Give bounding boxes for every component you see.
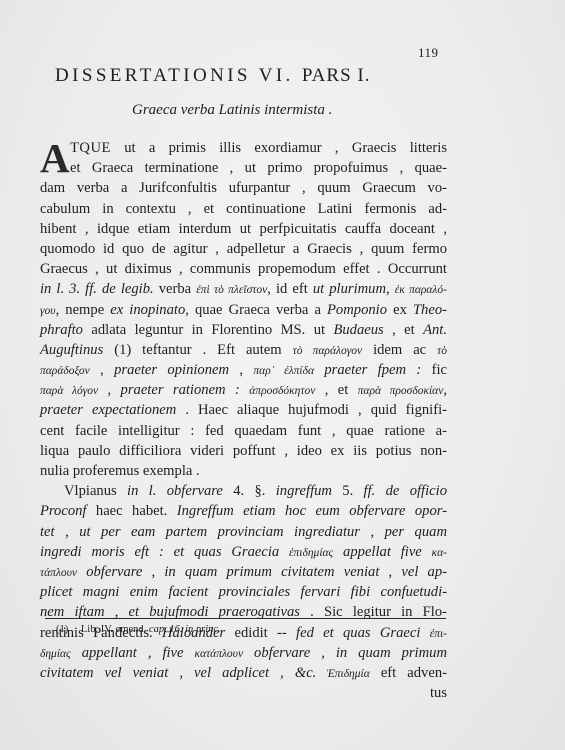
text-line: plicet magni enim facient provinciales f… xyxy=(40,582,447,602)
text-line: Graecus , ut diximus , communis propemod… xyxy=(40,259,447,279)
running-head-main: DISSERTATIONIS VI. xyxy=(55,65,294,86)
text-line: παράδοξον , praeter opinionem , παρ᾽ ἐλπ… xyxy=(40,360,447,380)
text-line: cent facile intelligitur : fed quaedam f… xyxy=(40,421,447,441)
footnote-marker: (1) xyxy=(56,624,68,635)
text-line: nem iftam , et bujufmodi praerogativas .… xyxy=(40,602,447,622)
text-line: τάπλουν obfervare , in quam primum civit… xyxy=(40,562,447,582)
book-page: 119 DISSERTATIONIS VI. PARS I. Graeca ve… xyxy=(0,0,565,750)
text-line: in l. 3. ff. de legib. verba ἐπὶ τὸ πλεῖ… xyxy=(40,279,447,299)
text-line: nulia proferemus exempla . xyxy=(40,461,447,481)
text-line: cabulum in contextu , et continuatione L… xyxy=(40,199,447,219)
text-line: Auguftinus (1) teftantur . Eft autem τὸ … xyxy=(40,340,447,360)
text-line: γου, nempe ex inopinato, quae Graeca ver… xyxy=(40,300,447,320)
text-line: liqua paulo difficiliora videri poffunt … xyxy=(40,441,447,461)
text-line: dam verba a Jurifconfultis ufurpantur , … xyxy=(40,178,447,198)
running-head-part: PARS I. xyxy=(302,65,371,86)
text-line: praeter expectationem . Haec aliaque huj… xyxy=(40,400,447,420)
text-line: tet , ut per eam partem provinciam ingre… xyxy=(40,522,447,542)
text-line: tus xyxy=(40,683,447,703)
footnote: (1) Lib. IV. emend. cap. 16. in princ. xyxy=(56,624,221,635)
page-number: 119 xyxy=(418,45,439,61)
text-line: Proconf haec habet. Ingreffum etiam hoc … xyxy=(40,501,447,521)
text-line: quomodo id quo de agitur , adpelletur a … xyxy=(40,239,447,259)
running-head: DISSERTATIONIS VI. PARS I. xyxy=(55,65,455,87)
footnote-rule xyxy=(45,618,446,619)
text-line: ingredi moris eft : et quas Graecia ἐπιδ… xyxy=(40,542,447,562)
footnote-text: Lib. IV. emend. xyxy=(81,624,146,635)
text-line: phrafto adlata leguntur in Florentino MS… xyxy=(40,320,447,340)
text-line: παρὰ λόγον , praeter rationem : ἀπροσδόκ… xyxy=(40,380,447,400)
text-line: Vlpianus in l. obfervare 4. §. ingreffum… xyxy=(40,481,447,501)
text-line: et Graeca terminatione , ut primo propof… xyxy=(40,158,447,178)
text-line: TQUE ut a primis illis exordiamur , Grae… xyxy=(40,138,447,158)
text-line: δημίας appellant , five κατάπλουν obferv… xyxy=(40,643,447,663)
footnote-text-italic: cap. 16. in princ. xyxy=(149,624,221,635)
section-title: Graeca verba Latinis intermista . xyxy=(132,102,332,119)
text-line: hibent , idque etiam interdum ut perfpic… xyxy=(40,219,447,239)
text-line: civitatem vel veniat , vel adplicet , &c… xyxy=(40,663,447,683)
